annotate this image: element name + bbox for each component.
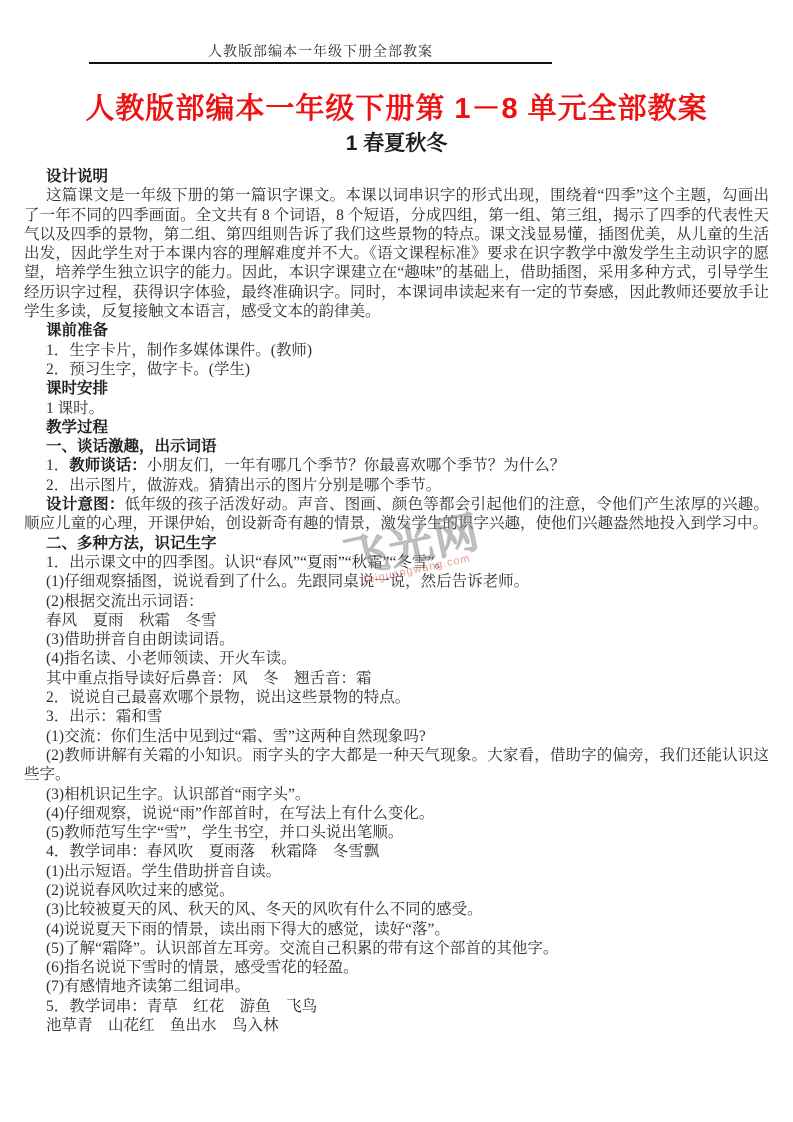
body-line: 4．教学词串：春风吹 夏雨落 秋霜降 冬雪飘 [24, 842, 769, 861]
body-line: 1．出示课文中的四季图。认识“春风”“夏雨”“秋霜”“冬雪”。 [24, 553, 769, 572]
body-line: 2．预习生字，做字卡。(学生) [24, 360, 769, 379]
body-line: 3．出示：霜和雪 [24, 707, 769, 726]
section-heading: 二、多种方法，识记生字 [24, 534, 769, 553]
line-text: (4)仔细观察，说说“雨”作部首时，在写法上有什么变化。 [46, 805, 434, 822]
line-text: (2)根据交流出示词语： [46, 593, 204, 610]
line-text: 课前准备 [46, 322, 108, 339]
line-text: 池草青 山花红 鱼出水 鸟入林 [46, 1017, 279, 1034]
line-text: 春风 夏雨 秋霜 冬雪 [46, 612, 217, 629]
body-line: (3)比较被夏天的风、秋天的风、冬天的风吹有什么不同的感受。 [24, 900, 769, 919]
line-text: 1．生字卡片，制作多媒体课件。(教师) [46, 342, 312, 359]
section-heading: 课时安排 [24, 379, 769, 398]
body-line: 1．生字卡片，制作多媒体课件。(教师) [24, 341, 769, 360]
body-line: 这篇课文是一年级下册的第一篇识字课文。本课以词串识字的形式出现，围绕着“四季”这… [24, 186, 769, 321]
body-line: (3)相机识记生字。认识部首“雨字头”。 [24, 785, 769, 804]
line-text: 4．教学词串：春风吹 夏雨落 秋霜降 冬雪飘 [46, 843, 379, 860]
body-line: (2)根据交流出示词语： [24, 592, 769, 611]
body-line: 1 课时。 [24, 399, 769, 418]
document-page: 人教版部编本一年级下册全部教案 人教版部编本一年级下册第 1－8 单元全部教案 … [0, 0, 793, 1122]
section-heading: 一、谈话激趣，出示词语 [24, 437, 769, 456]
line-text: 课时安排 [46, 380, 108, 397]
body-line: 2．出示图片，做游戏。猜猜出示的图片分别是哪个季节。 [24, 476, 769, 495]
body-line: 其中重点指导读好后鼻音：风 冬 翘舌音：霜 [24, 669, 769, 688]
body-line: 设计意图：低年级的孩子活泼好动。声音、图画、颜色等都会引起他们的注意，令他们产生… [24, 495, 769, 534]
body-line: (2)说说春风吹过来的感觉。 [24, 881, 769, 900]
section-heading: 课前准备 [24, 321, 769, 340]
body-line: (5)了解“霜降”。认识部首左耳旁。交流自己积累的带有这个部首的其他字。 [24, 939, 769, 958]
bold-label: 设计意图： [46, 496, 125, 513]
body-line: (1)出示短语。学生借助拼音自读。 [24, 862, 769, 881]
line-text: 一、谈话激趣，出示词语 [46, 438, 217, 455]
line-text: (2)说说春风吹过来的感觉。 [46, 882, 235, 899]
body-line: (4)说说夏天下雨的情景，读出雨下得大的感觉，读好“落”。 [24, 920, 769, 939]
line-text: (1)交流：你们生活中见到过“霜、雪”这两种自然现象吗? [46, 728, 426, 745]
line-text: 低年级的孩子活泼好动。声音、图画、颜色等都会引起他们的注意，令他们产生浓厚的兴趣… [24, 496, 769, 532]
line-text: (2)教师讲解有关霜的小知识。雨字头的字大都是一种天气现象。大家看，借助字的偏旁… [24, 747, 769, 783]
page-subtitle: 1 春夏秋冬 [0, 130, 793, 158]
line-text: (5)了解“霜降”。认识部首左耳旁。交流自己积累的带有这个部首的其他字。 [46, 940, 558, 957]
line-text: 5．教学词串：青草 红花 游鱼 飞鸟 [46, 998, 317, 1015]
document-body: 设计说明这篇课文是一年级下册的第一篇识字课文。本课以词串识字的形式出现，围绕着“… [24, 167, 769, 1035]
body-line: (3)借助拼音自由朗读词语。 [24, 630, 769, 649]
header-text: 人教版部编本一年级下册全部教案 [208, 45, 433, 60]
body-line: 1．教师谈话：小朋友们，一年有哪几个季节？你最喜欢哪个季节？为什么？ [24, 456, 769, 475]
line-text: 这篇课文是一年级下册的第一篇识字课文。本课以词串识字的形式出现，围绕着“四季”这… [24, 187, 769, 320]
line-text: (5)教师范写生字“雪”，学生书空，并口头说出笔顺。 [46, 824, 403, 841]
body-line: (1)交流：你们生活中见到过“霜、雪”这两种自然现象吗? [24, 727, 769, 746]
body-line: 池草青 山花红 鱼出水 鸟入林 [24, 1016, 769, 1035]
line-text: 教学过程 [46, 419, 108, 436]
body-line: (4)指名读、小老师领读、开火车读。 [24, 649, 769, 668]
line-text: 设计说明 [46, 168, 108, 185]
line-text: (4)说说夏天下雨的情景，读出雨下得大的感觉，读好“落”。 [46, 921, 450, 938]
line-text: (7)有感情地齐读第二组词串。 [46, 978, 250, 995]
line-text: (6)指名说说下雪时的情景，感受雪花的轻盈。 [46, 959, 359, 976]
line-text: 其中重点指导读好后鼻音：风 冬 翘舌音：霜 [46, 670, 372, 687]
line-text: 1．出示课文中的四季图。认识“春风”“夏雨”“秋霜”“冬雪”。 [46, 554, 450, 571]
body-line: (6)指名说说下雪时的情景，感受雪花的轻盈。 [24, 958, 769, 977]
line-text: 2．出示图片，做游戏。猜猜出示的图片分别是哪个季节。 [46, 477, 441, 494]
body-line: (2)教师讲解有关霜的小知识。雨字头的字大都是一种天气现象。大家看，借助字的偏旁… [24, 746, 769, 785]
line-text: (1)仔细观察插图，说说看到了什么。先跟同桌说一说，然后告诉老师。 [46, 573, 529, 590]
body-line: 春风 夏雨 秋霜 冬雪 [24, 611, 769, 630]
item-number: 1． [46, 457, 69, 474]
body-line: (5)教师范写生字“雪”，学生书空，并口头说出笔顺。 [24, 823, 769, 842]
line-text: 3．出示：霜和雪 [46, 708, 162, 725]
page-header: 人教版部编本一年级下册全部教案 [89, 44, 552, 64]
body-line: (1)仔细观察插图，说说看到了什么。先跟同桌说一说，然后告诉老师。 [24, 572, 769, 591]
body-line: 2．说说自己最喜欢哪个景物，说出这些景物的特点。 [24, 688, 769, 707]
section-heading: 教学过程 [24, 418, 769, 437]
bold-label: 教师谈话： [69, 457, 147, 474]
line-text: 小朋友们，一年有哪几个季节？你最喜欢哪个季节？为什么？ [147, 457, 566, 474]
line-text: (1)出示短语。学生借助拼音自读。 [46, 863, 281, 880]
section-heading: 设计说明 [24, 167, 769, 186]
page-title: 人教版部编本一年级下册第 1－8 单元全部教案 [0, 91, 793, 127]
line-text: 1 课时。 [46, 400, 104, 417]
body-line: (4)仔细观察，说说“雨”作部首时，在写法上有什么变化。 [24, 804, 769, 823]
line-text: (3)比较被夏天的风、秋天的风、冬天的风吹有什么不同的感受。 [46, 901, 483, 918]
line-text: (4)指名读、小老师领读、开火车读。 [46, 650, 297, 667]
line-text: (3)借助拼音自由朗读词语。 [46, 631, 235, 648]
body-line: 5．教学词串：青草 红花 游鱼 飞鸟 [24, 997, 769, 1016]
line-text: (3)相机识记生字。认识部首“雨字头”。 [46, 786, 310, 803]
line-text: 2．预习生字，做字卡。(学生) [46, 361, 250, 378]
line-text: 2．说说自己最喜欢哪个景物，说出这些景物的特点。 [46, 689, 410, 706]
line-text: 二、多种方法，识记生字 [46, 535, 217, 552]
body-line: (7)有感情地齐读第二组词串。 [24, 977, 769, 996]
